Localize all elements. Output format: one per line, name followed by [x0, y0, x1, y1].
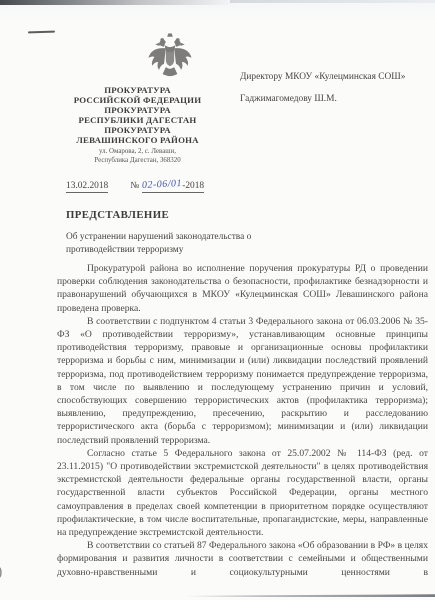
document-subtitle: Об устранении нарушений законодательства…: [66, 231, 278, 257]
paragraph-2: В соответствии с подпунктом 4 статьи 3 Ф…: [57, 315, 428, 447]
org-line: ЛЕВАШИНСКОГО РАЙОНА: [40, 136, 235, 146]
address-line-2: Республика Дагестан, 368320: [40, 157, 235, 166]
handwritten-number: 02-06/01: [142, 178, 183, 191]
scan-mark-left-edge: ): [0, 563, 3, 581]
scan-shadow-top: [0, 0, 235, 5]
number-suffix: -2018: [182, 181, 204, 191]
document-body: Прокуратурой района во исполнение поруче…: [57, 262, 428, 579]
document-number: 02-06/01-2018: [142, 181, 204, 193]
address-line-1: ул. Омарова, 2, с. Леваши,: [40, 148, 235, 157]
russian-coat-of-arms-icon: [147, 33, 193, 81]
letterhead-org-name: ПРОКУРАТУРА РОССИЙСКОЙ ФЕДЕРАЦИИ ПРОКУРА…: [40, 86, 235, 145]
scan-artifact-dash: [28, 31, 55, 34]
document-date: 13.02.2018: [66, 181, 108, 193]
paragraph-4: В соответствии со статьей 87 Федеральног…: [57, 539, 428, 579]
document-title: ПРЕДСТАВЛЕНИЕ: [66, 209, 169, 221]
paragraph-3: Согласно статье 5 Федерального закона от…: [57, 447, 428, 539]
date-number-row: 13.02.2018№02-06/01-2018: [66, 180, 204, 191]
scan-shadow-bottom: [185, 594, 435, 597]
letterhead-address: ул. Омарова, 2, с. Леваши, Республика Да…: [40, 148, 235, 165]
paragraph-1: Прокуратурой района во исполнение поруче…: [57, 262, 428, 315]
addressee-position: Директору МКОУ «Кулецминская СОШ»: [240, 66, 435, 88]
addressee-name: Гаджимагомедову Ш.М.: [240, 88, 435, 110]
number-sign: №: [130, 181, 139, 191]
scan-shadow-top-right: [230, 0, 435, 3]
scanned-document-page: ) ПРОКУРАТУРА РОССИЙСКОЙ ФЕДЕРА: [0, 0, 435, 600]
addressee-block: Директору МКОУ «Кулецминская СОШ» Гаджим…: [240, 66, 435, 110]
